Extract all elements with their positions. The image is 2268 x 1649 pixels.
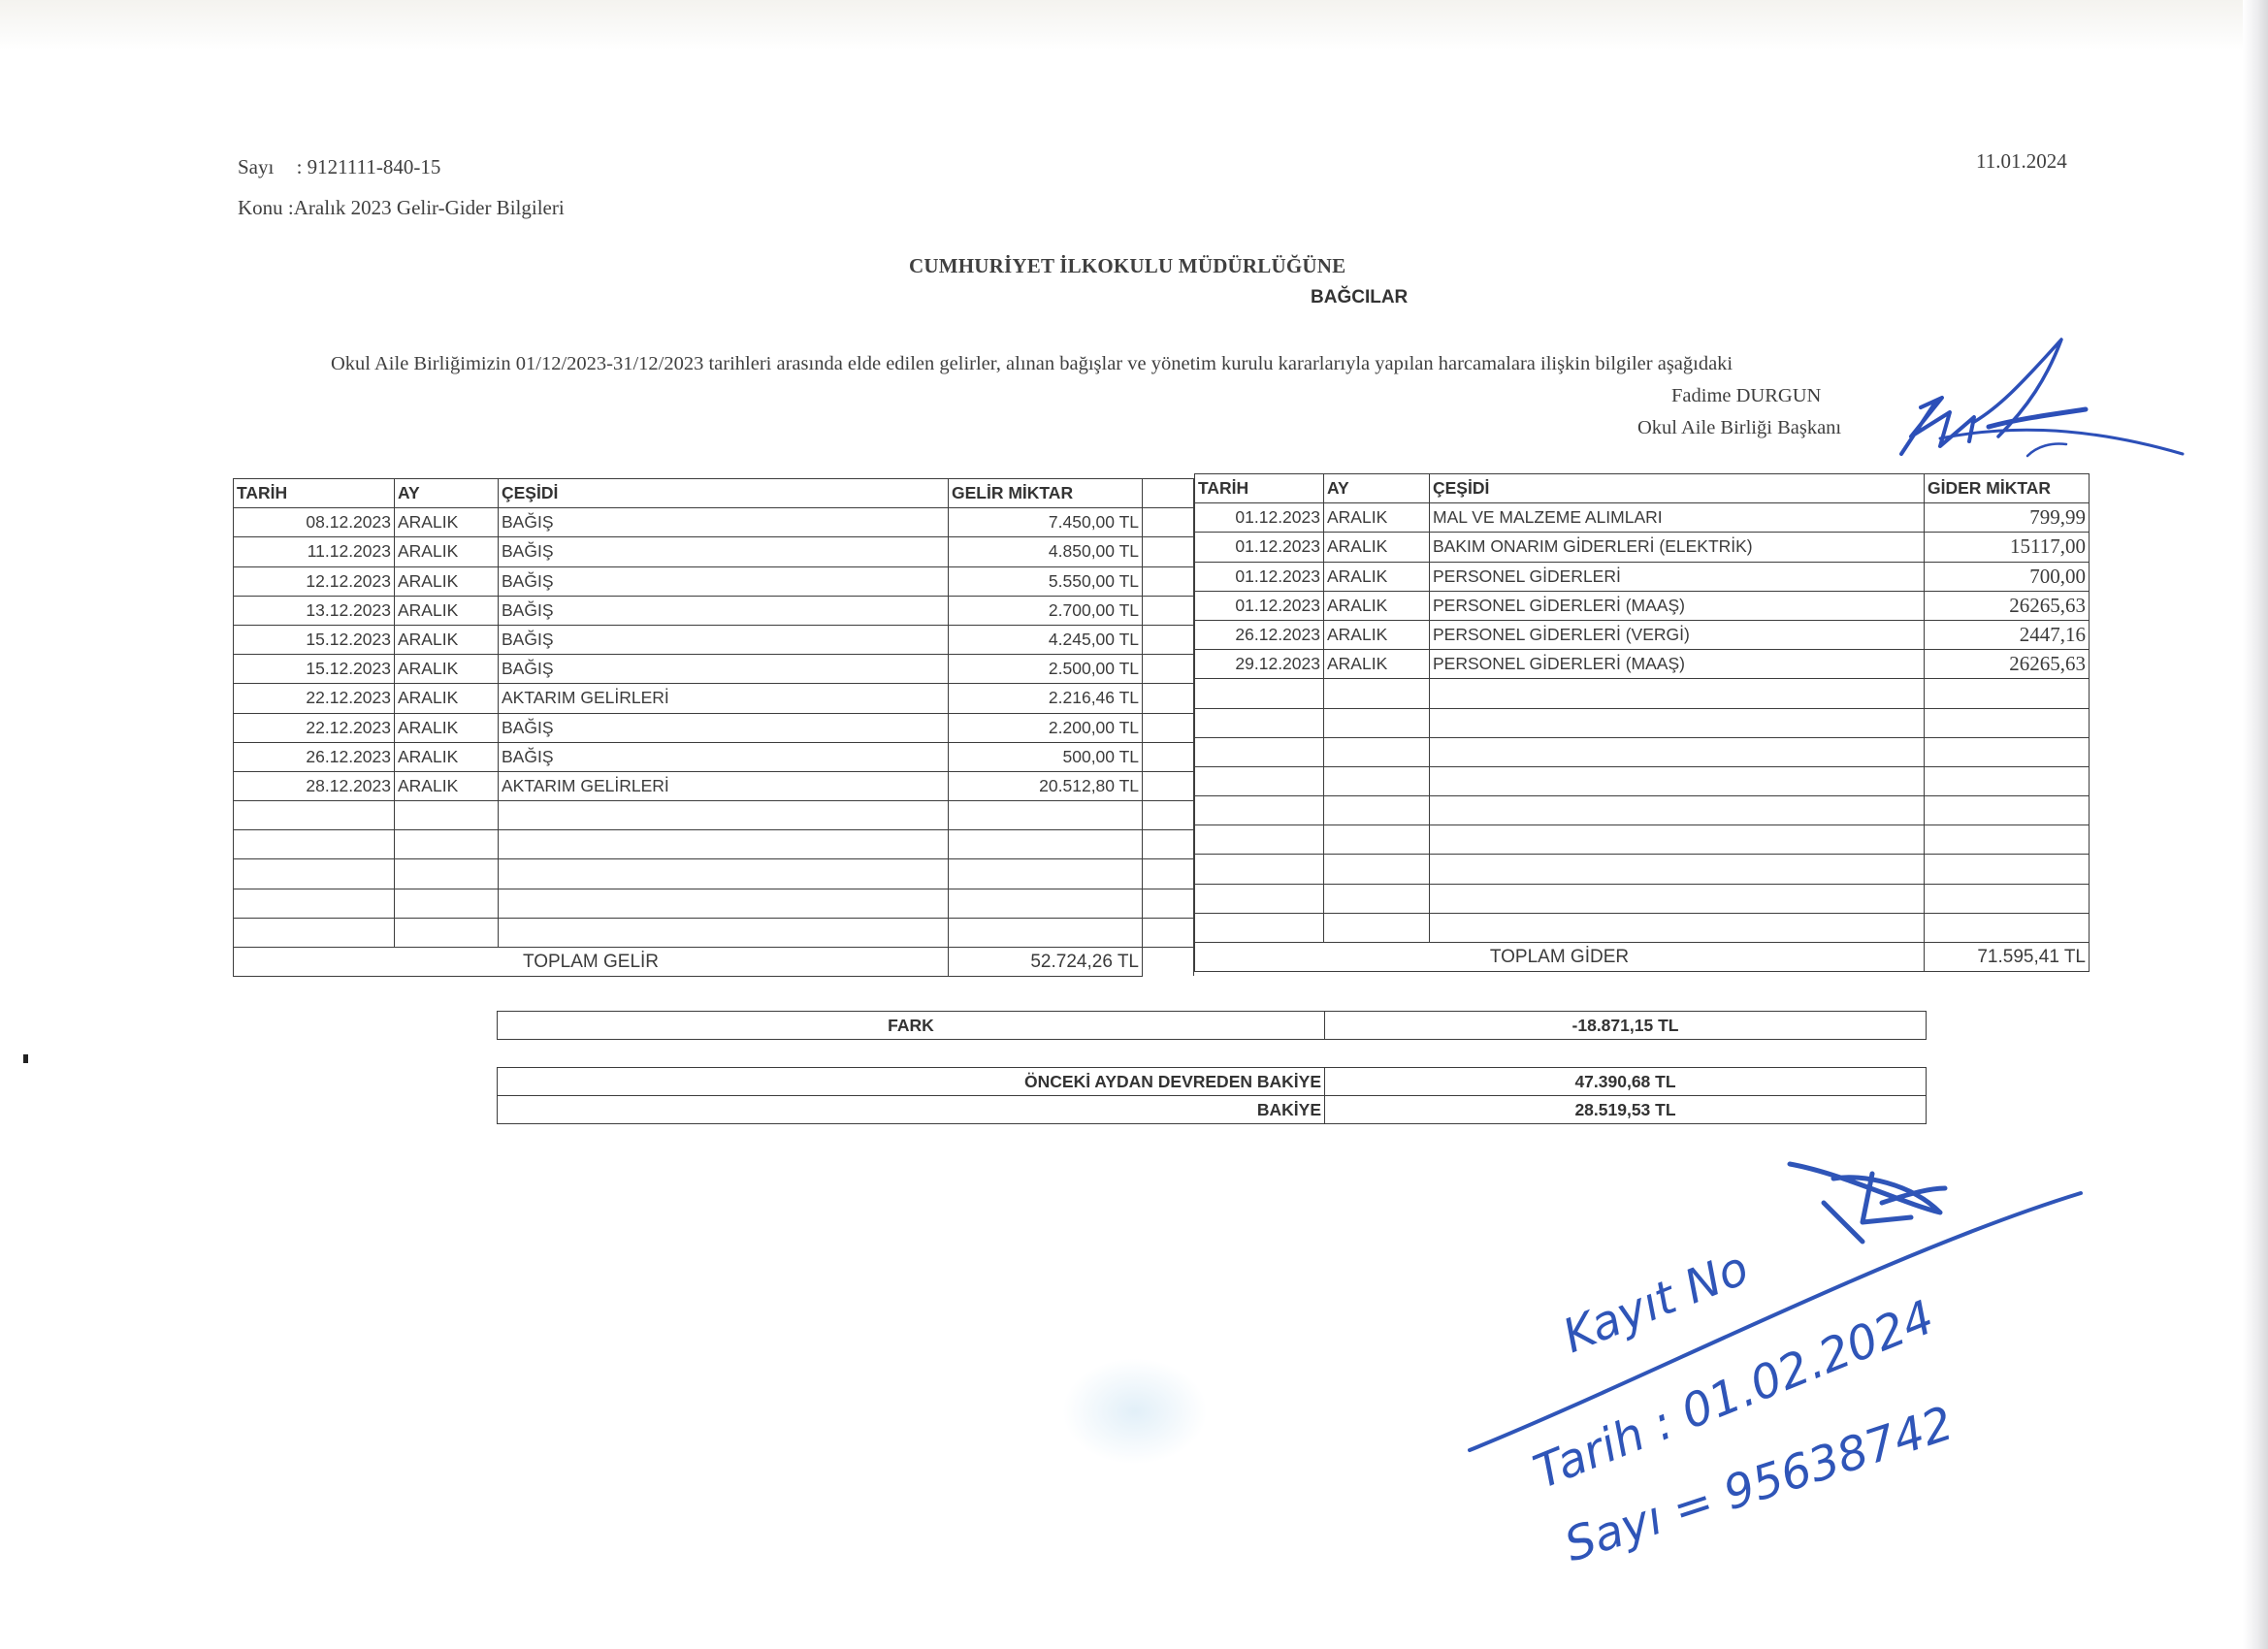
signature-icon <box>1882 330 2202 466</box>
expense-total-label: TOPLAM GİDER <box>1195 943 1925 972</box>
spacer-cell <box>1143 771 1194 800</box>
spacer-row <box>1143 625 1194 654</box>
income-row <box>234 889 1143 918</box>
income-cell-type: AKTARIM GELİRLERİ <box>499 771 949 800</box>
expense-row <box>1195 737 2090 766</box>
expense-cell-date <box>1195 825 1324 855</box>
income-cell-amount: 2.216,46 TL <box>949 684 1143 713</box>
expense-row: 26.12.2023ARALIKPERSONEL GİDERLERİ (VERG… <box>1195 620 2090 649</box>
expense-cell-date <box>1195 708 1324 737</box>
scan-speck <box>23 1054 28 1063</box>
handwritten-registration-note: Kayıt No Tarih : 01.02.2024 Sayı = 95638… <box>1455 1145 2154 1610</box>
note-registration-label: Kayıt No <box>1556 1241 1757 1364</box>
spacer-row <box>1143 889 1194 918</box>
income-cell-amount: 2.700,00 TL <box>949 596 1143 625</box>
expense-cell-month: ARALIK <box>1324 591 1430 620</box>
income-cell-date <box>234 918 395 947</box>
spacer-cell <box>1143 859 1194 889</box>
expense-header-type: ÇEŞİDİ <box>1430 474 1925 503</box>
income-cell-type: BAĞIŞ <box>499 596 949 625</box>
balance-label: BAKİYE <box>498 1096 1325 1124</box>
previous-balance-label: ÖNCEKİ AYDAN DEVREDEN BAKİYE <box>498 1068 1325 1096</box>
spacer-row <box>1143 655 1194 684</box>
expense-cell-month: ARALIK <box>1324 533 1430 562</box>
income-cell-month <box>395 918 499 947</box>
income-cell-date: 26.12.2023 <box>234 742 395 771</box>
income-cell-date: 11.12.2023 <box>234 537 395 566</box>
income-cell-type: BAĞIŞ <box>499 742 949 771</box>
spacer-row <box>1143 684 1194 713</box>
income-cell-date <box>234 889 395 918</box>
spacer-row <box>1143 537 1194 566</box>
income-cell-month: ARALIK <box>395 655 499 684</box>
expense-cell-amount <box>1925 766 2090 795</box>
spacer-cell <box>1143 830 1194 859</box>
expense-row <box>1195 825 2090 855</box>
spacer-cell <box>1143 655 1194 684</box>
income-cell-type <box>499 830 949 859</box>
expense-cell-month: ARALIK <box>1324 620 1430 649</box>
income-cell-type: AKTARIM GELİRLERİ <box>499 684 949 713</box>
income-row: 12.12.2023ARALIKBAĞIŞ5.550,00 TL <box>234 566 1143 596</box>
expense-cell-type: MAL VE MALZEME ALIMLARI <box>1430 503 1925 533</box>
income-cell-month: ARALIK <box>395 742 499 771</box>
balance-value: 28.519,53 TL <box>1325 1096 1927 1124</box>
expense-row <box>1195 796 2090 825</box>
spacer-cell <box>1143 713 1194 742</box>
income-cell-amount: 4.245,00 TL <box>949 625 1143 654</box>
expense-row: 01.12.2023ARALIKBAKIM ONARIM GİDERLERİ (… <box>1195 533 2090 562</box>
income-cell-month: ARALIK <box>395 508 499 537</box>
income-header-date: TARİH <box>234 479 395 508</box>
spacer-row <box>1143 918 1194 947</box>
expense-cell-type <box>1430 737 1925 766</box>
spacer-cell <box>1143 889 1194 918</box>
expense-header-amount: GİDER MİKTAR <box>1925 474 2090 503</box>
expense-cell-date <box>1195 737 1324 766</box>
spacer-cell <box>1143 742 1194 771</box>
expense-cell-amount <box>1925 737 2090 766</box>
income-cell-month <box>395 859 499 889</box>
expense-cell-amount: 26265,63 <box>1925 650 2090 679</box>
income-cell-date: 28.12.2023 <box>234 771 395 800</box>
spacer-cell <box>1143 479 1194 508</box>
income-row: 15.12.2023ARALIKBAĞIŞ4.245,00 TL <box>234 625 1143 654</box>
income-cell-type: BAĞIŞ <box>499 625 949 654</box>
income-row: 26.12.2023ARALIKBAĞIŞ500,00 TL <box>234 742 1143 771</box>
expense-total-value: 71.595,41 TL <box>1925 943 2090 972</box>
expense-cell-amount <box>1925 855 2090 884</box>
expense-cell-amount <box>1925 913 2090 942</box>
expense-table: TARİH AY ÇEŞİDİ GİDER MİKTAR 01.12.2023A… <box>1194 473 2090 972</box>
income-header-amount: GELİR MİKTAR <box>949 479 1143 508</box>
income-cell-month <box>395 801 499 830</box>
expense-cell-type: PERSONEL GİDERLERİ (MAAŞ) <box>1430 591 1925 620</box>
reference-number: Sayı : 9121111-840-15 <box>238 155 440 179</box>
expense-cell-month <box>1324 766 1430 795</box>
expense-cell-month <box>1324 679 1430 708</box>
reference-label: Sayı <box>238 155 274 178</box>
expense-cell-type <box>1430 679 1925 708</box>
income-cell-amount <box>949 801 1143 830</box>
income-cell-amount: 20.512,80 TL <box>949 771 1143 800</box>
spacer-row <box>1143 508 1194 537</box>
scan-smudge <box>1062 1358 1208 1465</box>
expense-header-date: TARİH <box>1195 474 1324 503</box>
income-cell-month: ARALIK <box>395 771 499 800</box>
income-cell-amount <box>949 830 1143 859</box>
spacer-row <box>1143 859 1194 889</box>
expense-cell-amount: 799,99 <box>1925 503 2090 533</box>
recipient-district: BAĞCILAR <box>1311 287 1408 308</box>
expense-cell-month <box>1324 913 1430 942</box>
spacer-row <box>1143 830 1194 859</box>
income-cell-amount: 5.550,00 TL <box>949 566 1143 596</box>
expense-cell-type <box>1430 855 1925 884</box>
income-cell-amount: 2.500,00 TL <box>949 655 1143 684</box>
difference-box: FARK -18.871,15 TL <box>497 1011 1927 1040</box>
expense-header-row: TARİH AY ÇEŞİDİ GİDER MİKTAR <box>1195 474 2090 503</box>
income-row <box>234 830 1143 859</box>
income-total-label: TOPLAM GELİR <box>234 948 949 977</box>
income-cell-type <box>499 918 949 947</box>
expense-row: 29.12.2023ARALIKPERSONEL GİDERLERİ (MAAŞ… <box>1195 650 2090 679</box>
income-cell-month: ARALIK <box>395 684 499 713</box>
income-row: 13.12.2023ARALIKBAĞIŞ2.700,00 TL <box>234 596 1143 625</box>
income-cell-month <box>395 830 499 859</box>
income-total-value: 52.724,26 TL <box>949 948 1143 977</box>
balance-row: BAKİYE 28.519,53 TL <box>498 1096 1927 1124</box>
income-cell-date: 22.12.2023 <box>234 684 395 713</box>
initials-icon <box>1790 1164 1945 1242</box>
expense-row <box>1195 708 2090 737</box>
income-cell-date <box>234 830 395 859</box>
spacer-cell <box>1143 596 1194 625</box>
expense-header-month: AY <box>1324 474 1430 503</box>
expense-cell-date: 01.12.2023 <box>1195 562 1324 591</box>
expense-cell-month <box>1324 796 1430 825</box>
spacer-cell <box>1143 625 1194 654</box>
difference-label: FARK <box>498 1012 1325 1040</box>
income-cell-type <box>499 889 949 918</box>
spacer-cell <box>1143 948 1194 977</box>
scan-top-edge <box>0 0 2268 50</box>
income-cell-date: 15.12.2023 <box>234 625 395 654</box>
income-cell-amount <box>949 889 1143 918</box>
expense-cell-type <box>1430 825 1925 855</box>
body-paragraph: Okul Aile Birliğimizin 01/12/2023-31/12/… <box>331 353 1733 375</box>
spacer-cell <box>1143 537 1194 566</box>
balance-box: ÖNCEKİ AYDAN DEVREDEN BAKİYE 47.390,68 T… <box>497 1067 1927 1124</box>
expense-cell-amount <box>1925 679 2090 708</box>
income-row <box>234 918 1143 947</box>
expense-cell-type <box>1430 884 1925 913</box>
income-cell-date: 15.12.2023 <box>234 655 395 684</box>
expense-cell-type <box>1430 913 1925 942</box>
expense-cell-amount: 26265,63 <box>1925 591 2090 620</box>
expense-cell-date: 26.12.2023 <box>1195 620 1324 649</box>
income-cell-month: ARALIK <box>395 596 499 625</box>
expense-row: 01.12.2023ARALIKPERSONEL GİDERLERİ (MAAŞ… <box>1195 591 2090 620</box>
income-row: 22.12.2023ARALIKBAĞIŞ2.200,00 TL <box>234 713 1143 742</box>
subject-line: Konu :Aralık 2023 Gelir-Gider Bilgileri <box>238 196 565 220</box>
spacer-row <box>1143 596 1194 625</box>
income-cell-type: BAĞIŞ <box>499 655 949 684</box>
expense-cell-amount <box>1925 708 2090 737</box>
income-row: 11.12.2023ARALIKBAĞIŞ4.850,00 TL <box>234 537 1143 566</box>
income-cell-month: ARALIK <box>395 713 499 742</box>
income-cell-amount: 500,00 TL <box>949 742 1143 771</box>
income-cell-month: ARALIK <box>395 566 499 596</box>
expense-cell-date: 29.12.2023 <box>1195 650 1324 679</box>
signatory-title: Okul Aile Birliği Başkanı <box>1637 417 1841 439</box>
income-cell-date: 12.12.2023 <box>234 566 395 596</box>
income-row <box>234 801 1143 830</box>
income-cell-amount: 2.200,00 TL <box>949 713 1143 742</box>
spacer-cell <box>1143 508 1194 537</box>
expense-row: 01.12.2023ARALIKMAL VE MALZEME ALIMLARI7… <box>1195 503 2090 533</box>
spacer-cell <box>1143 918 1194 947</box>
income-cell-type: BAĞIŞ <box>499 537 949 566</box>
income-row: 28.12.2023ARALIKAKTARIM GELİRLERİ20.512,… <box>234 771 1143 800</box>
expense-cell-amount: 2447,16 <box>1925 620 2090 649</box>
expense-cell-date <box>1195 766 1324 795</box>
expense-cell-date: 01.12.2023 <box>1195 591 1324 620</box>
income-cell-amount: 4.850,00 TL <box>949 537 1143 566</box>
income-cell-type: BAĞIŞ <box>499 566 949 596</box>
expense-cell-month <box>1324 708 1430 737</box>
income-row: 22.12.2023ARALIKAKTARIM GELİRLERİ2.216,4… <box>234 684 1143 713</box>
income-cell-type: BAĞIŞ <box>499 508 949 537</box>
income-cell-month <box>395 889 499 918</box>
expense-cell-type <box>1430 708 1925 737</box>
expense-cell-month: ARALIK <box>1324 503 1430 533</box>
income-cell-month: ARALIK <box>395 537 499 566</box>
expense-cell-month <box>1324 884 1430 913</box>
expense-row <box>1195 679 2090 708</box>
income-cell-type <box>499 801 949 830</box>
expense-cell-date <box>1195 855 1324 884</box>
difference-row: FARK -18.871,15 TL <box>498 1012 1927 1040</box>
expense-cell-month <box>1324 737 1430 766</box>
income-table: TARİH AY ÇEŞİDİ GELİR MİKTAR 08.12.2023A… <box>233 478 1143 977</box>
expense-cell-type: PERSONEL GİDERLERİ (MAAŞ) <box>1430 650 1925 679</box>
expense-cell-month <box>1324 825 1430 855</box>
spacer-row <box>1143 742 1194 771</box>
spacer-column <box>1142 478 1194 976</box>
income-cell-amount: 7.450,00 TL <box>949 508 1143 537</box>
income-header-type: ÇEŞİDİ <box>499 479 949 508</box>
income-header-row: TARİH AY ÇEŞİDİ GELİR MİKTAR <box>234 479 1143 508</box>
expense-cell-type <box>1430 766 1925 795</box>
expense-cell-date <box>1195 884 1324 913</box>
expense-cell-date: 01.12.2023 <box>1195 503 1324 533</box>
spacer-row <box>1143 801 1194 830</box>
expense-row <box>1195 913 2090 942</box>
expense-cell-type: PERSONEL GİDERLERİ (VERGİ) <box>1430 620 1925 649</box>
expense-cell-amount <box>1925 825 2090 855</box>
recipient-heading: CUMHURİYET İLKOKULU MÜDÜRLÜĞÜNE <box>909 254 1345 278</box>
income-cell-type: BAĞIŞ <box>499 713 949 742</box>
income-total-row: TOPLAM GELİR 52.724,26 TL <box>234 948 1143 977</box>
spacer-row <box>1143 948 1194 977</box>
income-cell-date: 13.12.2023 <box>234 596 395 625</box>
income-cell-date <box>234 859 395 889</box>
income-row: 08.12.2023ARALIKBAĞIŞ7.450,00 TL <box>234 508 1143 537</box>
expense-cell-date: 01.12.2023 <box>1195 533 1324 562</box>
expense-row <box>1195 884 2090 913</box>
expense-cell-month: ARALIK <box>1324 650 1430 679</box>
spacer-cell <box>1143 684 1194 713</box>
expense-row <box>1195 766 2090 795</box>
expense-row: 01.12.2023ARALIKPERSONEL GİDERLERİ700,00 <box>1195 562 2090 591</box>
expense-cell-date <box>1195 796 1324 825</box>
income-cell-date: 22.12.2023 <box>234 713 395 742</box>
spacer-row <box>1143 566 1194 596</box>
expense-row <box>1195 855 2090 884</box>
expense-cell-date <box>1195 679 1324 708</box>
spacer-cell <box>1143 801 1194 830</box>
expense-cell-amount <box>1925 884 2090 913</box>
income-cell-month: ARALIK <box>395 625 499 654</box>
expense-cell-type: PERSONEL GİDERLERİ <box>1430 562 1925 591</box>
spacer-row <box>1143 771 1194 800</box>
expense-cell-date <box>1195 913 1324 942</box>
expense-cell-month: ARALIK <box>1324 562 1430 591</box>
income-cell-type <box>499 859 949 889</box>
income-row <box>234 859 1143 889</box>
spacer-cell <box>1143 566 1194 596</box>
scan-right-edge <box>2243 0 2268 1649</box>
document-date: 11.01.2024 <box>1976 149 2067 174</box>
income-cell-date <box>234 801 395 830</box>
expense-cell-amount: 15117,00 <box>1925 533 2090 562</box>
income-cell-date: 08.12.2023 <box>234 508 395 537</box>
income-cell-amount <box>949 859 1143 889</box>
expense-cell-type <box>1430 796 1925 825</box>
spacer-row <box>1143 479 1194 508</box>
signatory-name: Fadime DURGUN <box>1671 385 1821 407</box>
expense-total-row: TOPLAM GİDER 71.595,41 TL <box>1195 943 2090 972</box>
expense-cell-amount <box>1925 796 2090 825</box>
spacer-row <box>1143 713 1194 742</box>
previous-balance-value: 47.390,68 TL <box>1325 1068 1927 1096</box>
reference-value: : 9121111-840-15 <box>297 155 441 178</box>
income-row: 15.12.2023ARALIKBAĞIŞ2.500,00 TL <box>234 655 1143 684</box>
expense-cell-type: BAKIM ONARIM GİDERLERİ (ELEKTRİK) <box>1430 533 1925 562</box>
expense-cell-month <box>1324 855 1430 884</box>
expense-cell-amount: 700,00 <box>1925 562 2090 591</box>
income-header-month: AY <box>395 479 499 508</box>
income-cell-amount <box>949 918 1143 947</box>
previous-balance-row: ÖNCEKİ AYDAN DEVREDEN BAKİYE 47.390,68 T… <box>498 1068 1927 1096</box>
difference-value: -18.871,15 TL <box>1325 1012 1927 1040</box>
